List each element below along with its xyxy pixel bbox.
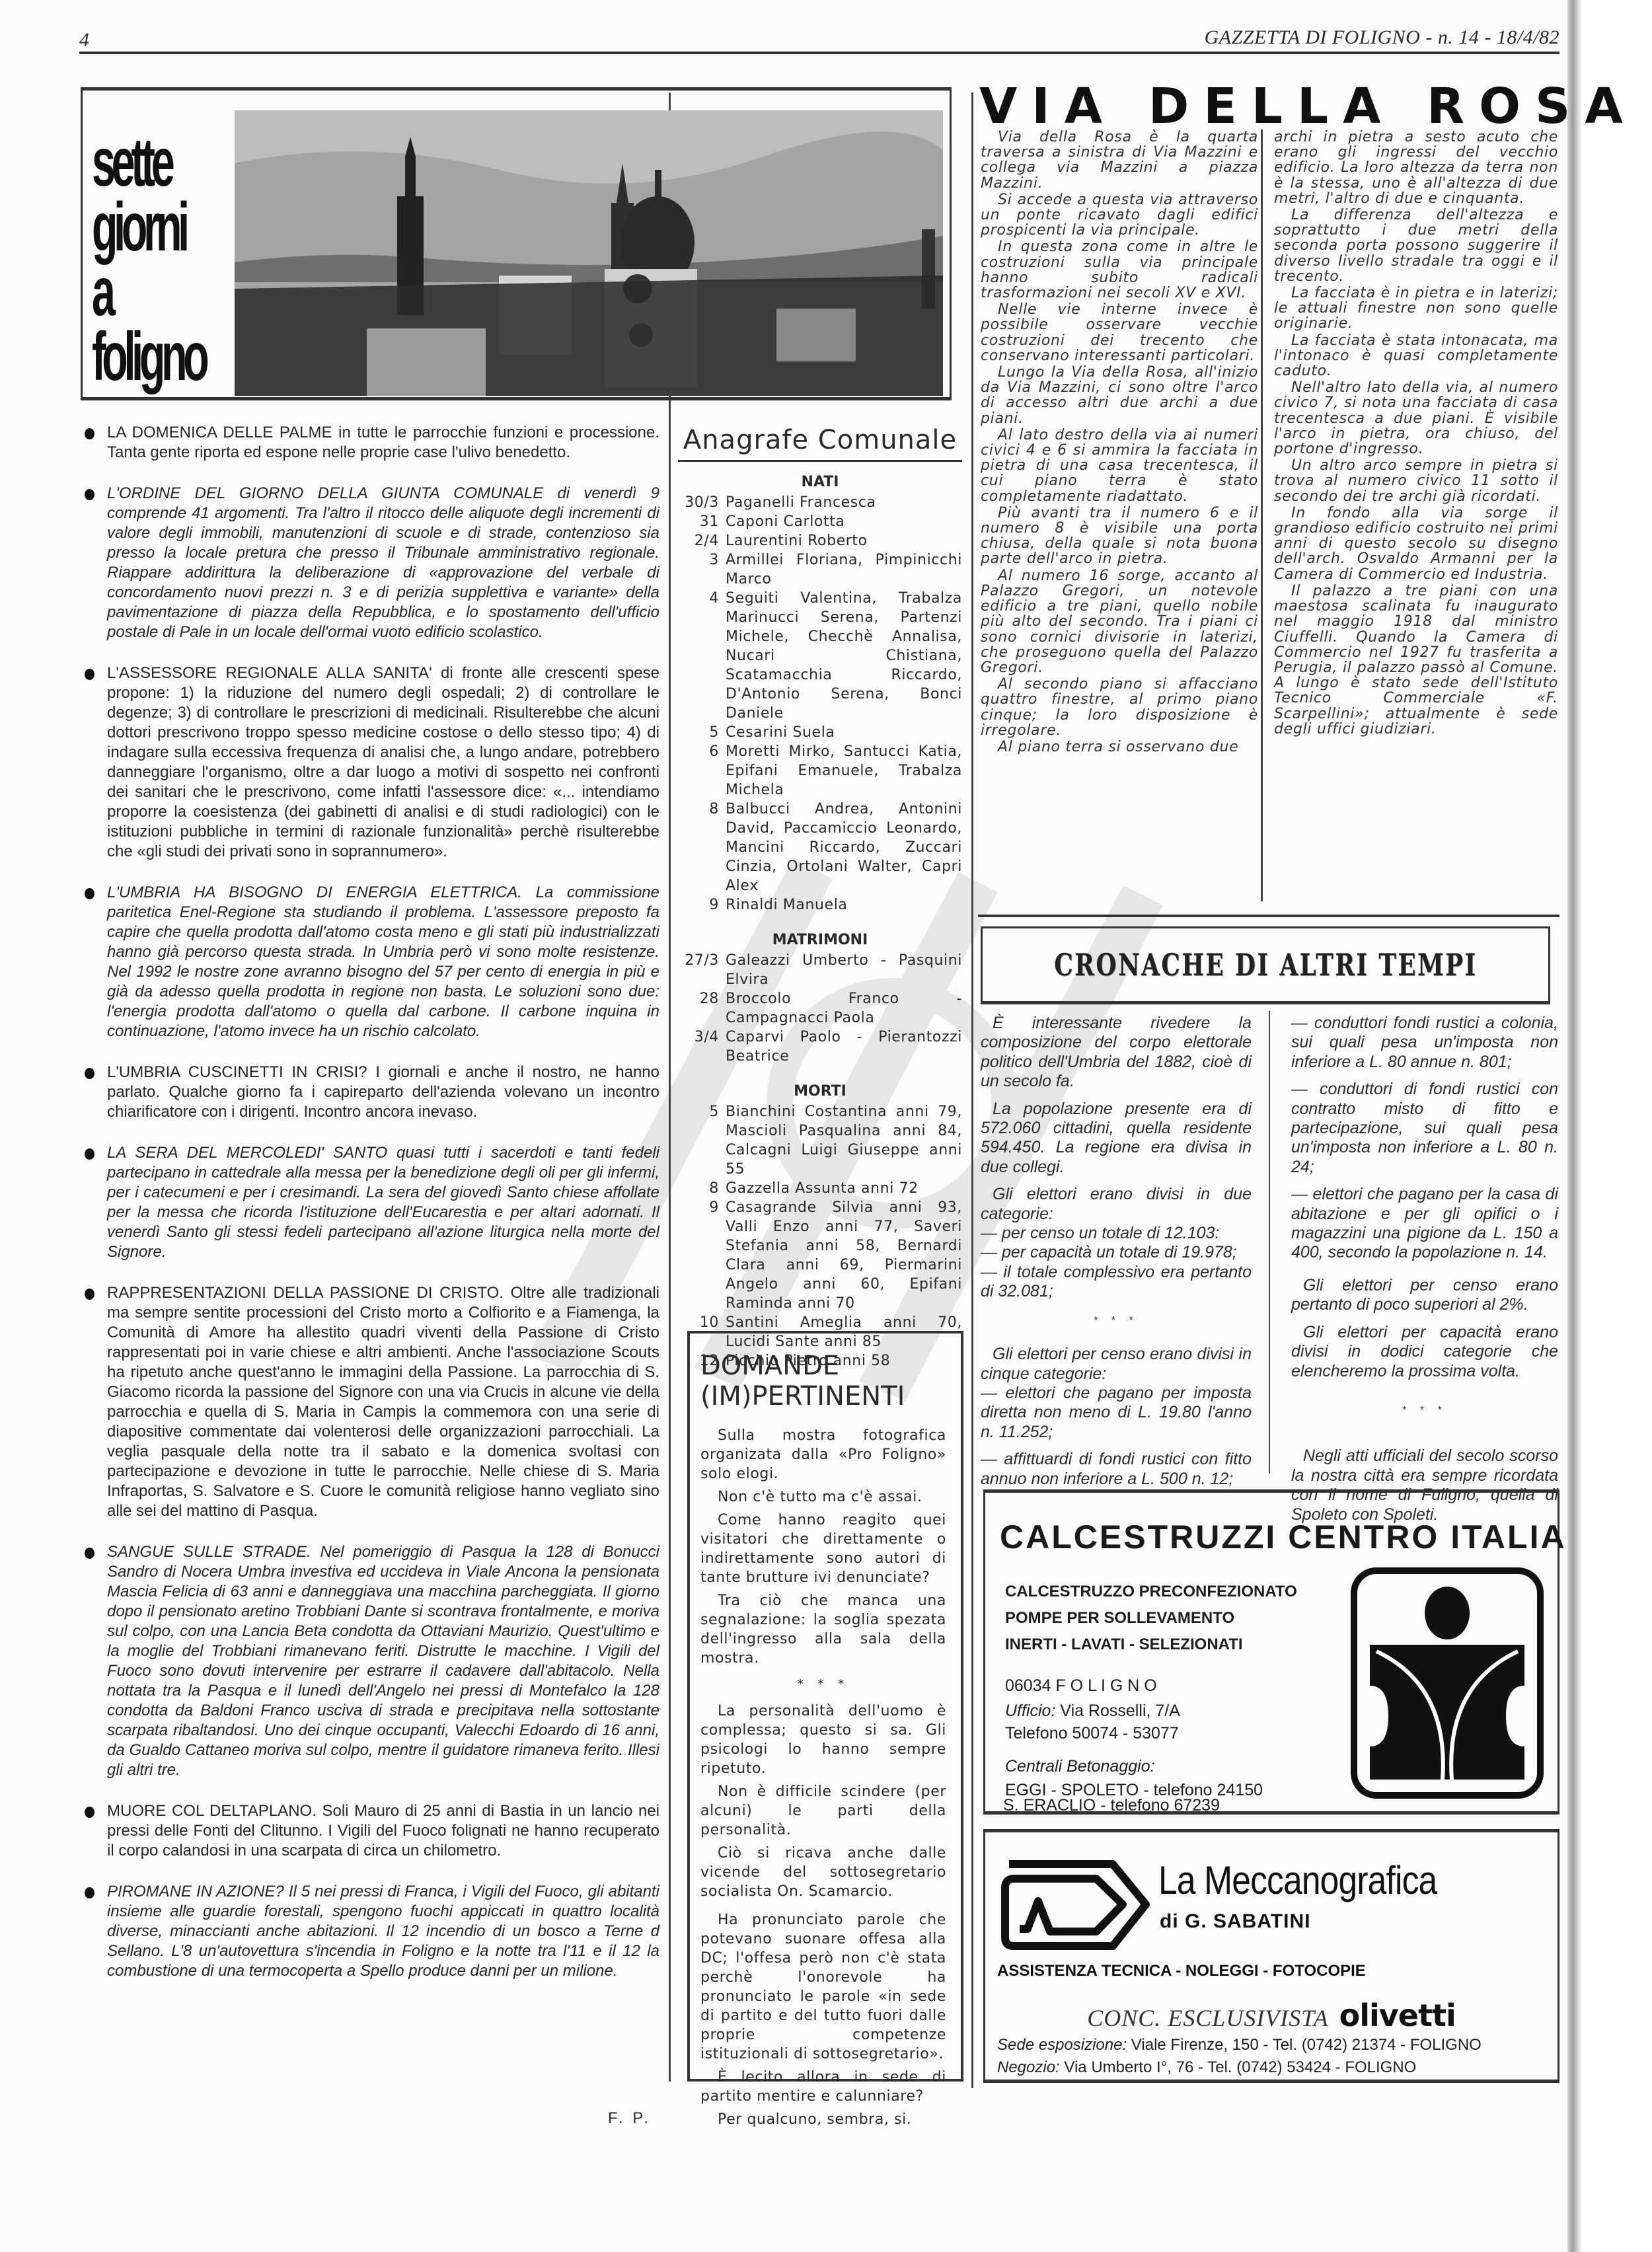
paragraph: Non è difficile scindere (per alcuni) le…	[700, 1782, 946, 1840]
paragraph: Non c'è tutto ma c'è assai.	[700, 1487, 946, 1507]
ad-address-shop: Negozio: Via Umberto I°, 76 - Tel. (0742…	[997, 2058, 1416, 2077]
ad-calcestruzzi: CALCESTRUZZI CENTRO ITALIA CALCESTRUZZO …	[983, 1489, 1559, 1815]
section-heading-morti: MORTI	[678, 1083, 962, 1100]
bullet-icon	[85, 888, 94, 899]
registry-entry: 4Seguiti Valentina, Trabalza Marinucci S…	[678, 589, 962, 723]
author-signature: F. P.	[608, 2109, 651, 2128]
masthead: sette giorni a foligno	[81, 87, 952, 400]
ad-owner: di G. SABATINI	[1160, 1910, 1310, 1933]
bullet-icon	[85, 1548, 94, 1559]
news-item: L'UMBRIA CUSCINETTI IN CRISI? I giornali…	[81, 1063, 659, 1122]
via-della-rosa-column-left: Via della Rosa è la quarta traversa a si…	[981, 130, 1258, 756]
registry-entry: 9Rinaldi Manuela	[678, 895, 962, 915]
cronache-title: CRONACHE DI ALTRI TEMPI	[1054, 947, 1477, 983]
domande-title: DOMANDE (IM)PERTINENTI	[700, 1351, 946, 1411]
column-rule	[1261, 130, 1263, 901]
paragraph: Ha pronunciato parole che potevano suona…	[700, 1910, 946, 2064]
bullet-icon	[85, 428, 94, 439]
domande-impertinenti-box: DOMANDE (IM)PERTINENTI Sulla mostra foto…	[687, 1331, 963, 2082]
page-number: 4	[79, 29, 89, 52]
column-rule	[971, 93, 973, 2088]
column-rule	[1269, 1011, 1270, 1474]
section-heading-matrimoni: MATRIMONI	[678, 932, 962, 948]
registry-entry: 8Balbucci Andrea, Antonini David, Paccam…	[678, 800, 962, 895]
anagrafe-section: Anagrafe Comunale NATI 30/3Paganelli Fra…	[678, 423, 962, 1370]
bullet-icon	[85, 1289, 94, 1300]
registry-entry: 27/3Galeazzi Umberto - Pasquini Elvira	[678, 951, 962, 989]
news-item: LA DOMENICA DELLE PALME in tutte le parr…	[81, 423, 659, 463]
registry-entry: 5Bianchini Costantina anni 79, Mascioli …	[678, 1102, 962, 1179]
meccanografica-logo-icon	[997, 1855, 1153, 1954]
news-item: L'UMBRIA HA BISOGNO DI ENERGIA ELETTRICA…	[81, 883, 659, 1041]
cronache-header-box: CRONACHE DI ALTRI TEMPI	[981, 926, 1550, 1004]
section-rule	[978, 915, 1559, 917]
page-scan-edge	[1567, 0, 1652, 2252]
paragraph: Sulla mostra fotografica organizata dall…	[700, 1426, 946, 1483]
bullet-icon	[85, 669, 94, 680]
running-head: GAZZETTA DI FOLIGNO - n. 14 - 18/4/82	[1205, 26, 1559, 49]
news-item: L'ASSESSORE REGIONALE ALLA SANITA' di fr…	[81, 663, 659, 862]
news-item: MUORE COL DELTAPLANO. Soli Mauro di 25 a…	[81, 1801, 659, 1861]
registry-entry: 3/4Caparvi Paolo - Pierantozzi Beatrice	[678, 1028, 962, 1066]
registry-entry: 28Broccolo Franco - Campagnacci Paola	[678, 989, 962, 1028]
bullet-icon	[85, 1807, 94, 1818]
paragraph: Tra ciò che manca una segnalazione: la s…	[700, 1591, 946, 1668]
paragraph: È lecito allora in sede di partito menti…	[700, 2068, 946, 2106]
registry-entry: 8Gazzella Assunta anni 72	[678, 1179, 962, 1198]
ad-title: CALCESTRUZZI CENTRO ITALIA	[1000, 1518, 1567, 1556]
bullet-icon	[85, 489, 94, 500]
news-item: PIROMANE IN AZIONE? Il 5 nei pressi di F…	[81, 1882, 659, 1981]
registry-entry: 31Caponi Carlotta	[678, 512, 962, 531]
registry-entry: 2/4Laurentini Roberto	[678, 531, 962, 550]
ad-meccanografica: La Meccanografica di G. SABATINI ASSISTE…	[983, 1829, 1559, 2083]
bullet-icon	[85, 1887, 94, 1898]
paragraph: Ciò si ricava anche dalle vicende del so…	[700, 1844, 946, 1901]
registry-entry: 6Moretti Mirko, Santucci Katia, Epifani …	[678, 742, 962, 800]
ad-title: La Meccanografica	[1158, 1858, 1437, 1903]
paragraph: Come hanno reagito quei visitatori che d…	[700, 1511, 946, 1587]
bullet-icon	[85, 1148, 94, 1160]
cronache-column-left: È interessante rivedere la composizione …	[981, 1014, 1252, 1489]
ad-dealer-line: CONC. ESCLUSIVISTAolivetti	[985, 1998, 1558, 2033]
header-rule	[79, 52, 1559, 54]
paragraph: La personalità dell'uomo è complessa; qu…	[700, 1702, 946, 1778]
registry-entry: 9Casagrande Silvia anni 93, Valli Enzo a…	[678, 1198, 962, 1313]
registry-entry: 3Armillei Floriana, Pimpinicchi Marco	[678, 550, 962, 589]
anagrafe-title: Anagrafe Comunale	[678, 423, 962, 462]
via-della-rosa-title: VIA DELLA ROSA	[979, 78, 1562, 135]
skyline-image-icon	[235, 110, 943, 396]
section-heading-nati: NATI	[678, 474, 962, 490]
registry-entry: 30/3Paganelli Francesca	[678, 493, 962, 512]
cronache-column-right: — conduttori fondi rustici a colonia, su…	[1291, 1014, 1558, 1532]
via-della-rosa-column-right: archi in pietra a sesto acuto che erano …	[1274, 130, 1558, 738]
masthead-title: sette giorni a foligno	[92, 130, 182, 389]
news-item: SANGUE SULLE STRADE. Nel pomeriggio di P…	[81, 1542, 659, 1780]
news-item: RAPPRESENTAZIONI DELLA PASSIONE DI CRIST…	[81, 1283, 659, 1521]
registry-entry: 5Cesarini Suela	[678, 723, 962, 742]
news-item: LA SERA DEL MERCOLEDI' SANTO quasi tutti…	[81, 1143, 659, 1262]
calcestruzzi-logo-icon	[1350, 1567, 1544, 1799]
bullet-icon	[85, 1068, 94, 1079]
separator: * * *	[700, 1674, 946, 1694]
news-column: LA DOMENICA DELLE PALME in tutte le parr…	[81, 423, 659, 2002]
news-item: L'ORDINE DEL GIORNO DELLA GIUNTA COMUNAL…	[81, 484, 659, 642]
paragraph: Per qualcuno, sembra, si.	[700, 2110, 946, 2129]
olivetti-logo: olivetti	[1339, 1998, 1456, 2033]
ad-address-showroom: Sede esposizione: Viale Firenze, 150 - T…	[997, 2036, 1482, 2054]
ad-plant-2: S. ERACLIO - telefono 67239	[1003, 1796, 1220, 1815]
foligno-skyline-photo	[235, 110, 943, 396]
ad-services: ASSISTENZA TECNICA - NOLEGGI - FOTOCOPIE	[997, 1962, 1366, 1980]
